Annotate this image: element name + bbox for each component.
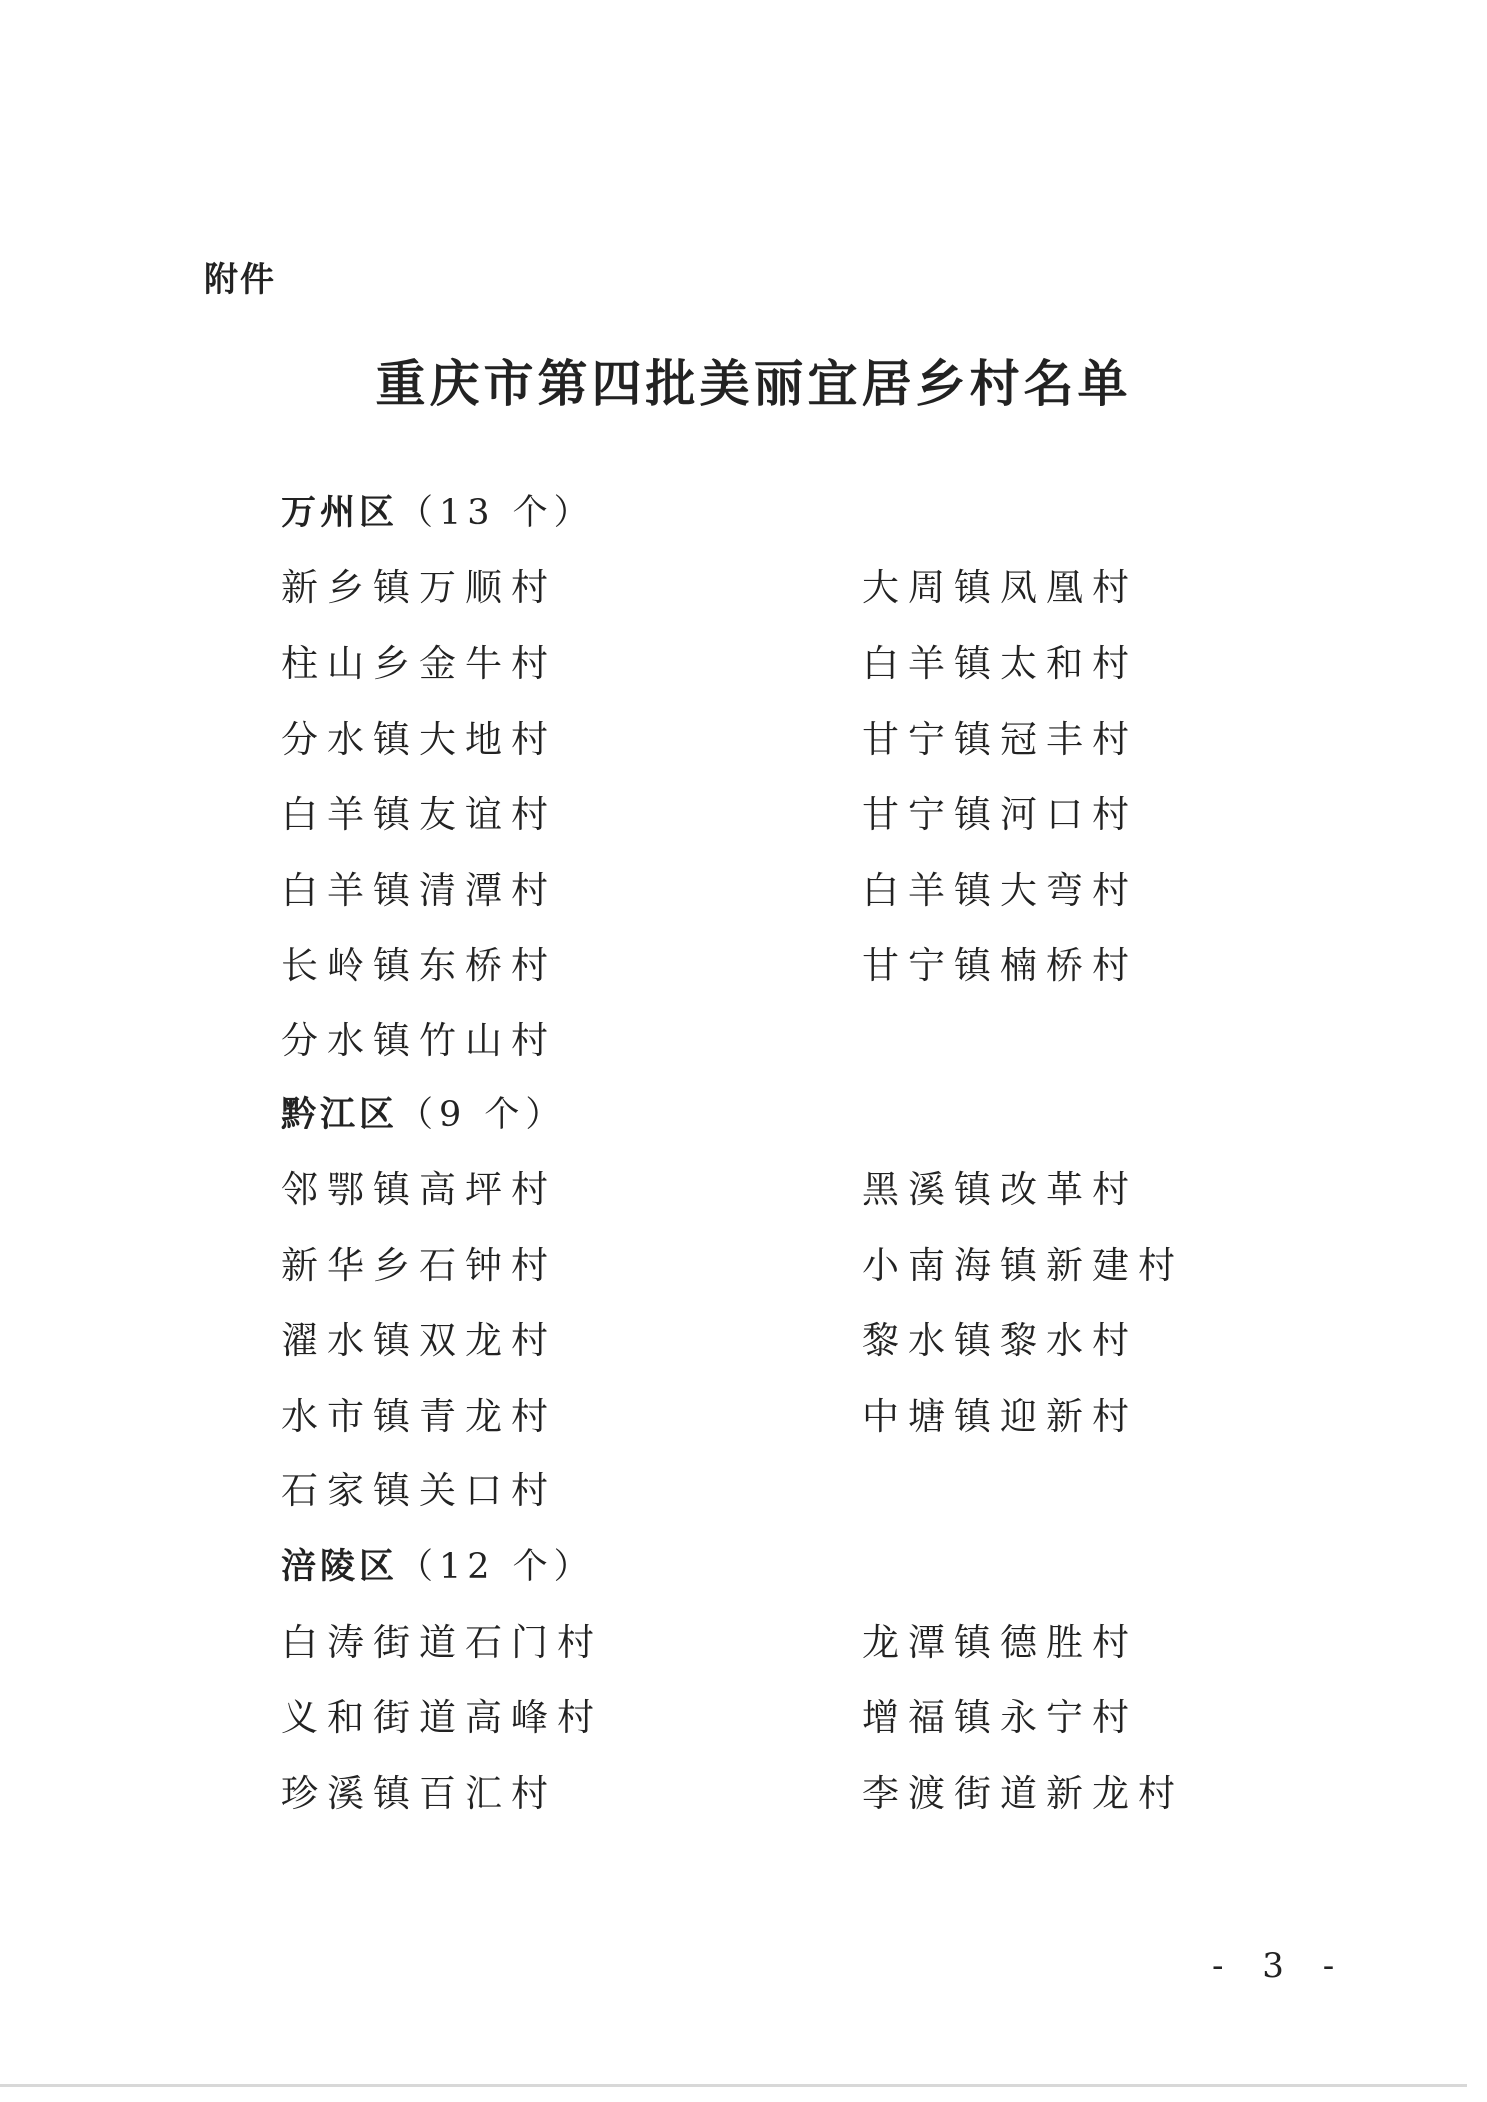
- list-item: 水市镇青龙村: [281, 1392, 557, 1442]
- district-name: 黔江区: [281, 1095, 398, 1135]
- page-number: - 3 -: [1212, 1944, 1348, 1988]
- list-item: 甘宁镇楠桥村: [862, 941, 1138, 991]
- list-item: 中塘镇迎新村: [862, 1392, 1138, 1442]
- district-heading-qianjiang: 黔江区（9 个）: [281, 1090, 566, 1140]
- list-item: 甘宁镇河口村: [862, 790, 1138, 840]
- list-item: 李渡街道新龙村: [862, 1769, 1184, 1819]
- district-count: （12 个）: [398, 1547, 595, 1587]
- page-title: 重庆市第四批美丽宜居乡村名单: [0, 352, 1487, 416]
- list-item: 白涛街道石门村: [281, 1618, 603, 1668]
- list-item: 白羊镇太和村: [862, 639, 1138, 689]
- list-item: 白羊镇大弯村: [862, 866, 1138, 916]
- district-count: （9 个）: [398, 1095, 566, 1135]
- district-name: 涪陵区: [281, 1547, 398, 1587]
- list-item: 白羊镇清潭村: [281, 866, 557, 916]
- list-item: 长岭镇东桥村: [281, 941, 557, 991]
- list-item: 分水镇大地村: [281, 715, 557, 765]
- list-item: 黎水镇黎水村: [862, 1316, 1138, 1366]
- list-item: 大周镇凤凰村: [862, 563, 1138, 613]
- list-item: 白羊镇友谊村: [281, 790, 557, 840]
- district-name: 万州区: [281, 493, 398, 533]
- list-item: 义和街道高峰村: [281, 1693, 603, 1743]
- district-heading-fuling: 涪陵区（12 个）: [281, 1542, 595, 1592]
- list-item: 石家镇关口村: [281, 1466, 557, 1516]
- list-item: 增福镇永宁村: [862, 1693, 1138, 1743]
- attachment-label: 附件: [204, 258, 276, 302]
- list-item: 黑溪镇改革村: [862, 1165, 1138, 1215]
- list-item: 柱山乡金牛村: [281, 639, 557, 689]
- district-count: （13 个）: [398, 493, 595, 533]
- list-item: 新华乡石钟村: [281, 1241, 557, 1291]
- list-item: 邻鄂镇高坪村: [281, 1165, 557, 1215]
- list-item: 新乡镇万顺村: [281, 563, 557, 613]
- list-item: 濯水镇双龙村: [281, 1316, 557, 1366]
- list-item: 珍溪镇百汇村: [281, 1769, 557, 1819]
- district-heading-wanzhou: 万州区（13 个）: [281, 488, 595, 538]
- scan-edge-divider: [0, 2084, 1467, 2087]
- list-item: 分水镇竹山村: [281, 1016, 557, 1066]
- list-item: 龙潭镇德胜村: [862, 1618, 1138, 1668]
- list-item: 甘宁镇冠丰村: [862, 715, 1138, 765]
- list-item: 小南海镇新建村: [862, 1241, 1184, 1291]
